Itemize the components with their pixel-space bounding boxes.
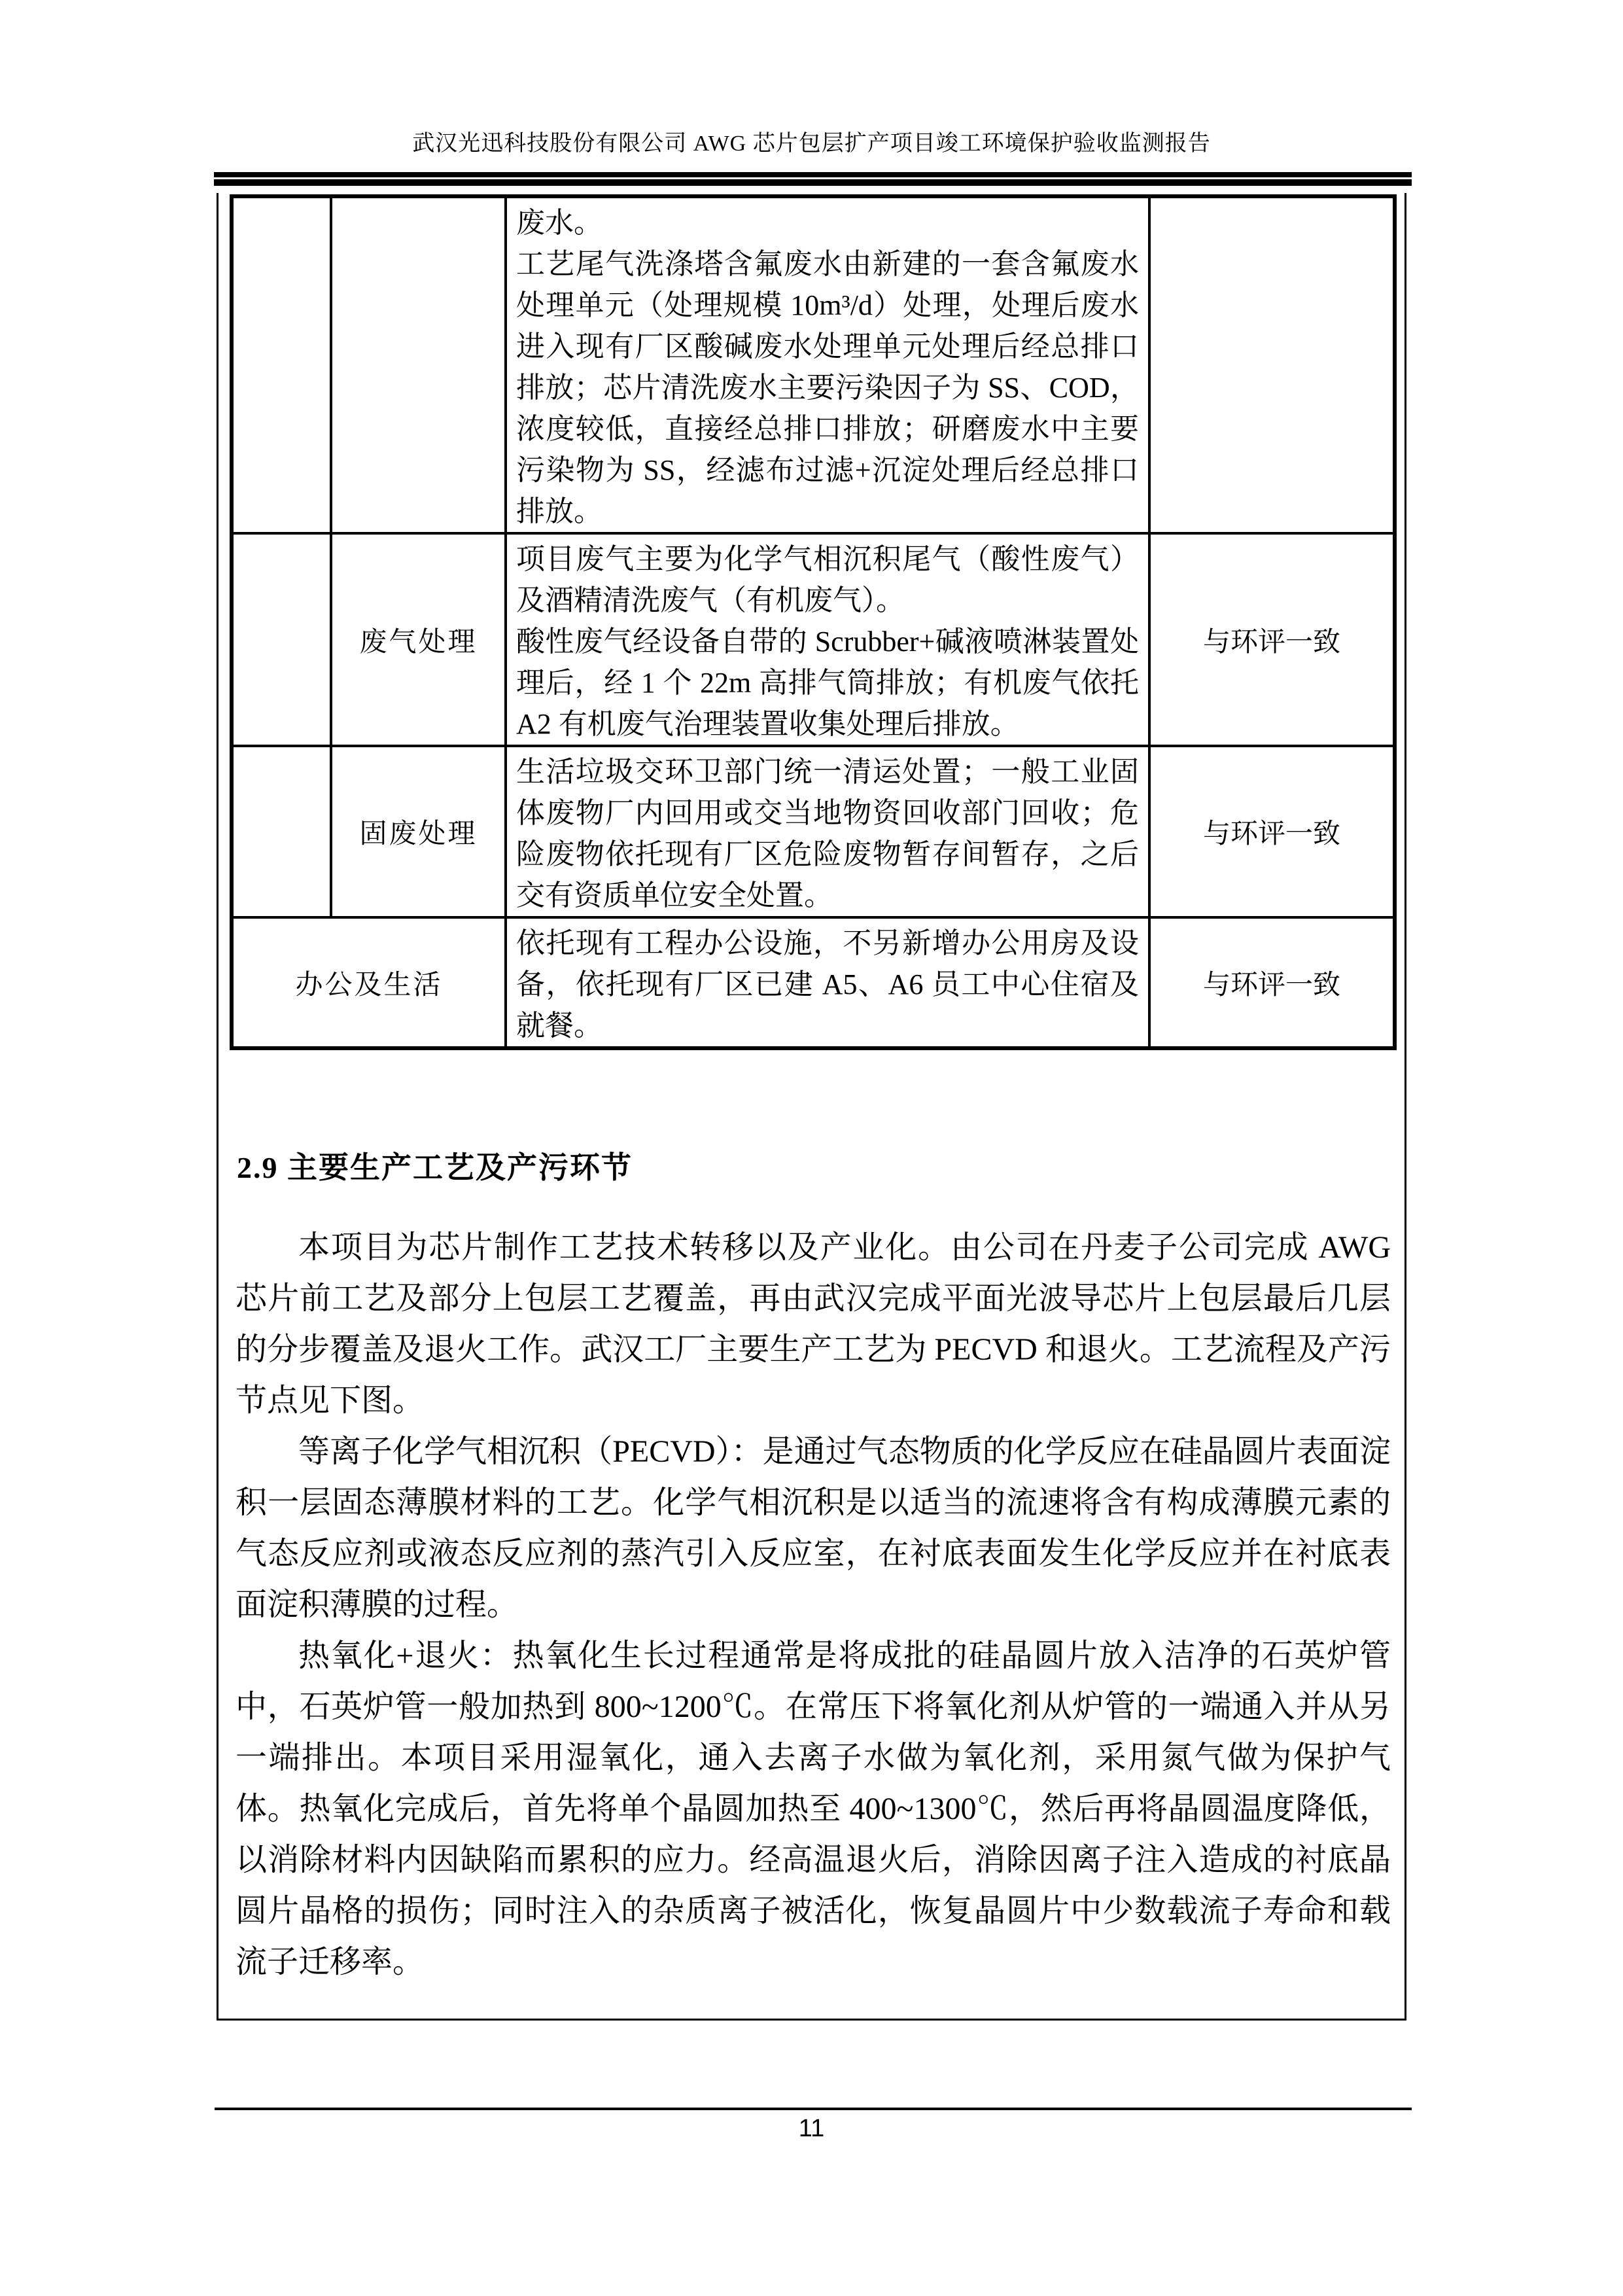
content-frame-left-border: [217, 193, 218, 2021]
category-cell-empty: [232, 196, 331, 533]
waste-gas-paragraph-2: 酸性废气经设备自带的 Scrubber+碱液喷淋装置处理后，经 1 个 22m …: [516, 621, 1139, 745]
section-body-text: 本项目为芯片制作工艺技术转移以及产业化。由公司在丹麦子公司完成 AWG 芯片前工…: [236, 1222, 1391, 1988]
wastewater-status-cell: [1149, 196, 1395, 533]
office-life-content-cell: 依托现有工程办公设施，不另新增办公用房及设备，依托现有厂区已建 A5、A6 员工…: [506, 917, 1149, 1048]
row-label-waste-gas: 废气处理: [331, 533, 506, 746]
waste-gas-content-cell: 项目废气主要为化学气相沉积尾气（酸性废气）及酒精清洗废气（有机废气）。 酸性废气…: [506, 533, 1149, 746]
content-frame-right-border: [1405, 193, 1406, 2021]
waste-gas-paragraph-1: 项目废气主要为化学气相沉积尾气（酸性废气）及酒精清洗废气（有机废气）。: [516, 539, 1139, 621]
row-label-empty: [331, 196, 506, 533]
table-row-office-life: 办公及生活 依托现有工程办公设施，不另新增办公用房及设备，依托现有厂区已建 A5…: [232, 917, 1395, 1048]
category-cell-empty: [232, 533, 331, 746]
waste-gas-status-cell: 与环评一致: [1149, 533, 1395, 746]
solid-waste-content-cell: 生活垃圾交环卫部门统一清运处置；一般工业固体废物厂内回用或交当地物资回收部门回收…: [506, 746, 1149, 917]
wastewater-paragraph-1: 废水。: [516, 202, 1139, 243]
table-row-wastewater: 废水。 工艺尾气洗涤塔含氟废水由新建的一套含氟废水处理单元（处理规模 10m³/…: [232, 196, 1395, 533]
paragraph-thermal-oxidation-anneal: 热氧化+退火：热氧化生长过程通常是将成批的硅晶圆片放入洁净的石英炉管中，石英炉管…: [236, 1631, 1391, 1988]
section-heading-2-9: 2.9 主要生产工艺及产污环节: [237, 1144, 633, 1187]
wastewater-content-cell: 废水。 工艺尾气洗涤塔含氟废水由新建的一套含氟废水处理单元（处理规模 10m³/…: [506, 196, 1149, 533]
table-row-waste-gas: 废气处理 项目废气主要为化学气相沉积尾气（酸性废气）及酒精清洗废气（有机废气）。…: [232, 533, 1395, 746]
document-page: 武汉光迅科技股份有限公司 AWG 芯片包层扩产项目竣工环境保护验收监测报告 废水…: [0, 0, 1623, 2296]
env-protection-measures-table: 废水。 工艺尾气洗涤塔含氟废水由新建的一套含氟废水处理单元（处理规模 10m³/…: [230, 194, 1397, 1050]
footer-rule: [215, 2108, 1412, 2110]
office-life-status-cell: 与环评一致: [1149, 917, 1395, 1048]
paragraph-pecvd-description: 等离子化学气相沉积（PECVD）：是通过气态物质的化学反应在硅晶圆片表面淀积一层…: [236, 1426, 1391, 1631]
solid-waste-paragraph-1: 生活垃圾交环卫部门统一清运处置；一般工业固体废物厂内回用或交当地物资回收部门回收…: [516, 751, 1139, 916]
header-rule-thick: [214, 179, 1412, 186]
table-row-solid-waste: 固废处理 生活垃圾交环卫部门统一清运处置；一般工业固体废物厂内回用或交当地物资回…: [232, 746, 1395, 917]
row-label-solid-waste: 固废处理: [331, 746, 506, 917]
header-rule-thin: [214, 172, 1412, 177]
row-label-office-life: 办公及生活: [232, 917, 506, 1048]
office-life-paragraph-1: 依托现有工程办公设施，不另新增办公用房及设备，依托现有厂区已建 A5、A6 员工…: [516, 923, 1139, 1046]
wastewater-paragraph-2: 工艺尾气洗涤塔含氟废水由新建的一套含氟废水处理单元（处理规模 10m³/d）处理…: [516, 243, 1139, 532]
paragraph-project-overview: 本项目为芯片制作工艺技术转移以及产业化。由公司在丹麦子公司完成 AWG 芯片前工…: [236, 1222, 1391, 1426]
content-frame-bottom-border: [217, 2019, 1406, 2021]
solid-waste-status-cell: 与环评一致: [1149, 746, 1395, 917]
page-number: 11: [0, 2115, 1623, 2143]
category-cell-empty: [232, 746, 331, 917]
page-header-title: 武汉光迅科技股份有限公司 AWG 芯片包层扩产项目竣工环境保护验收监测报告: [0, 130, 1623, 158]
